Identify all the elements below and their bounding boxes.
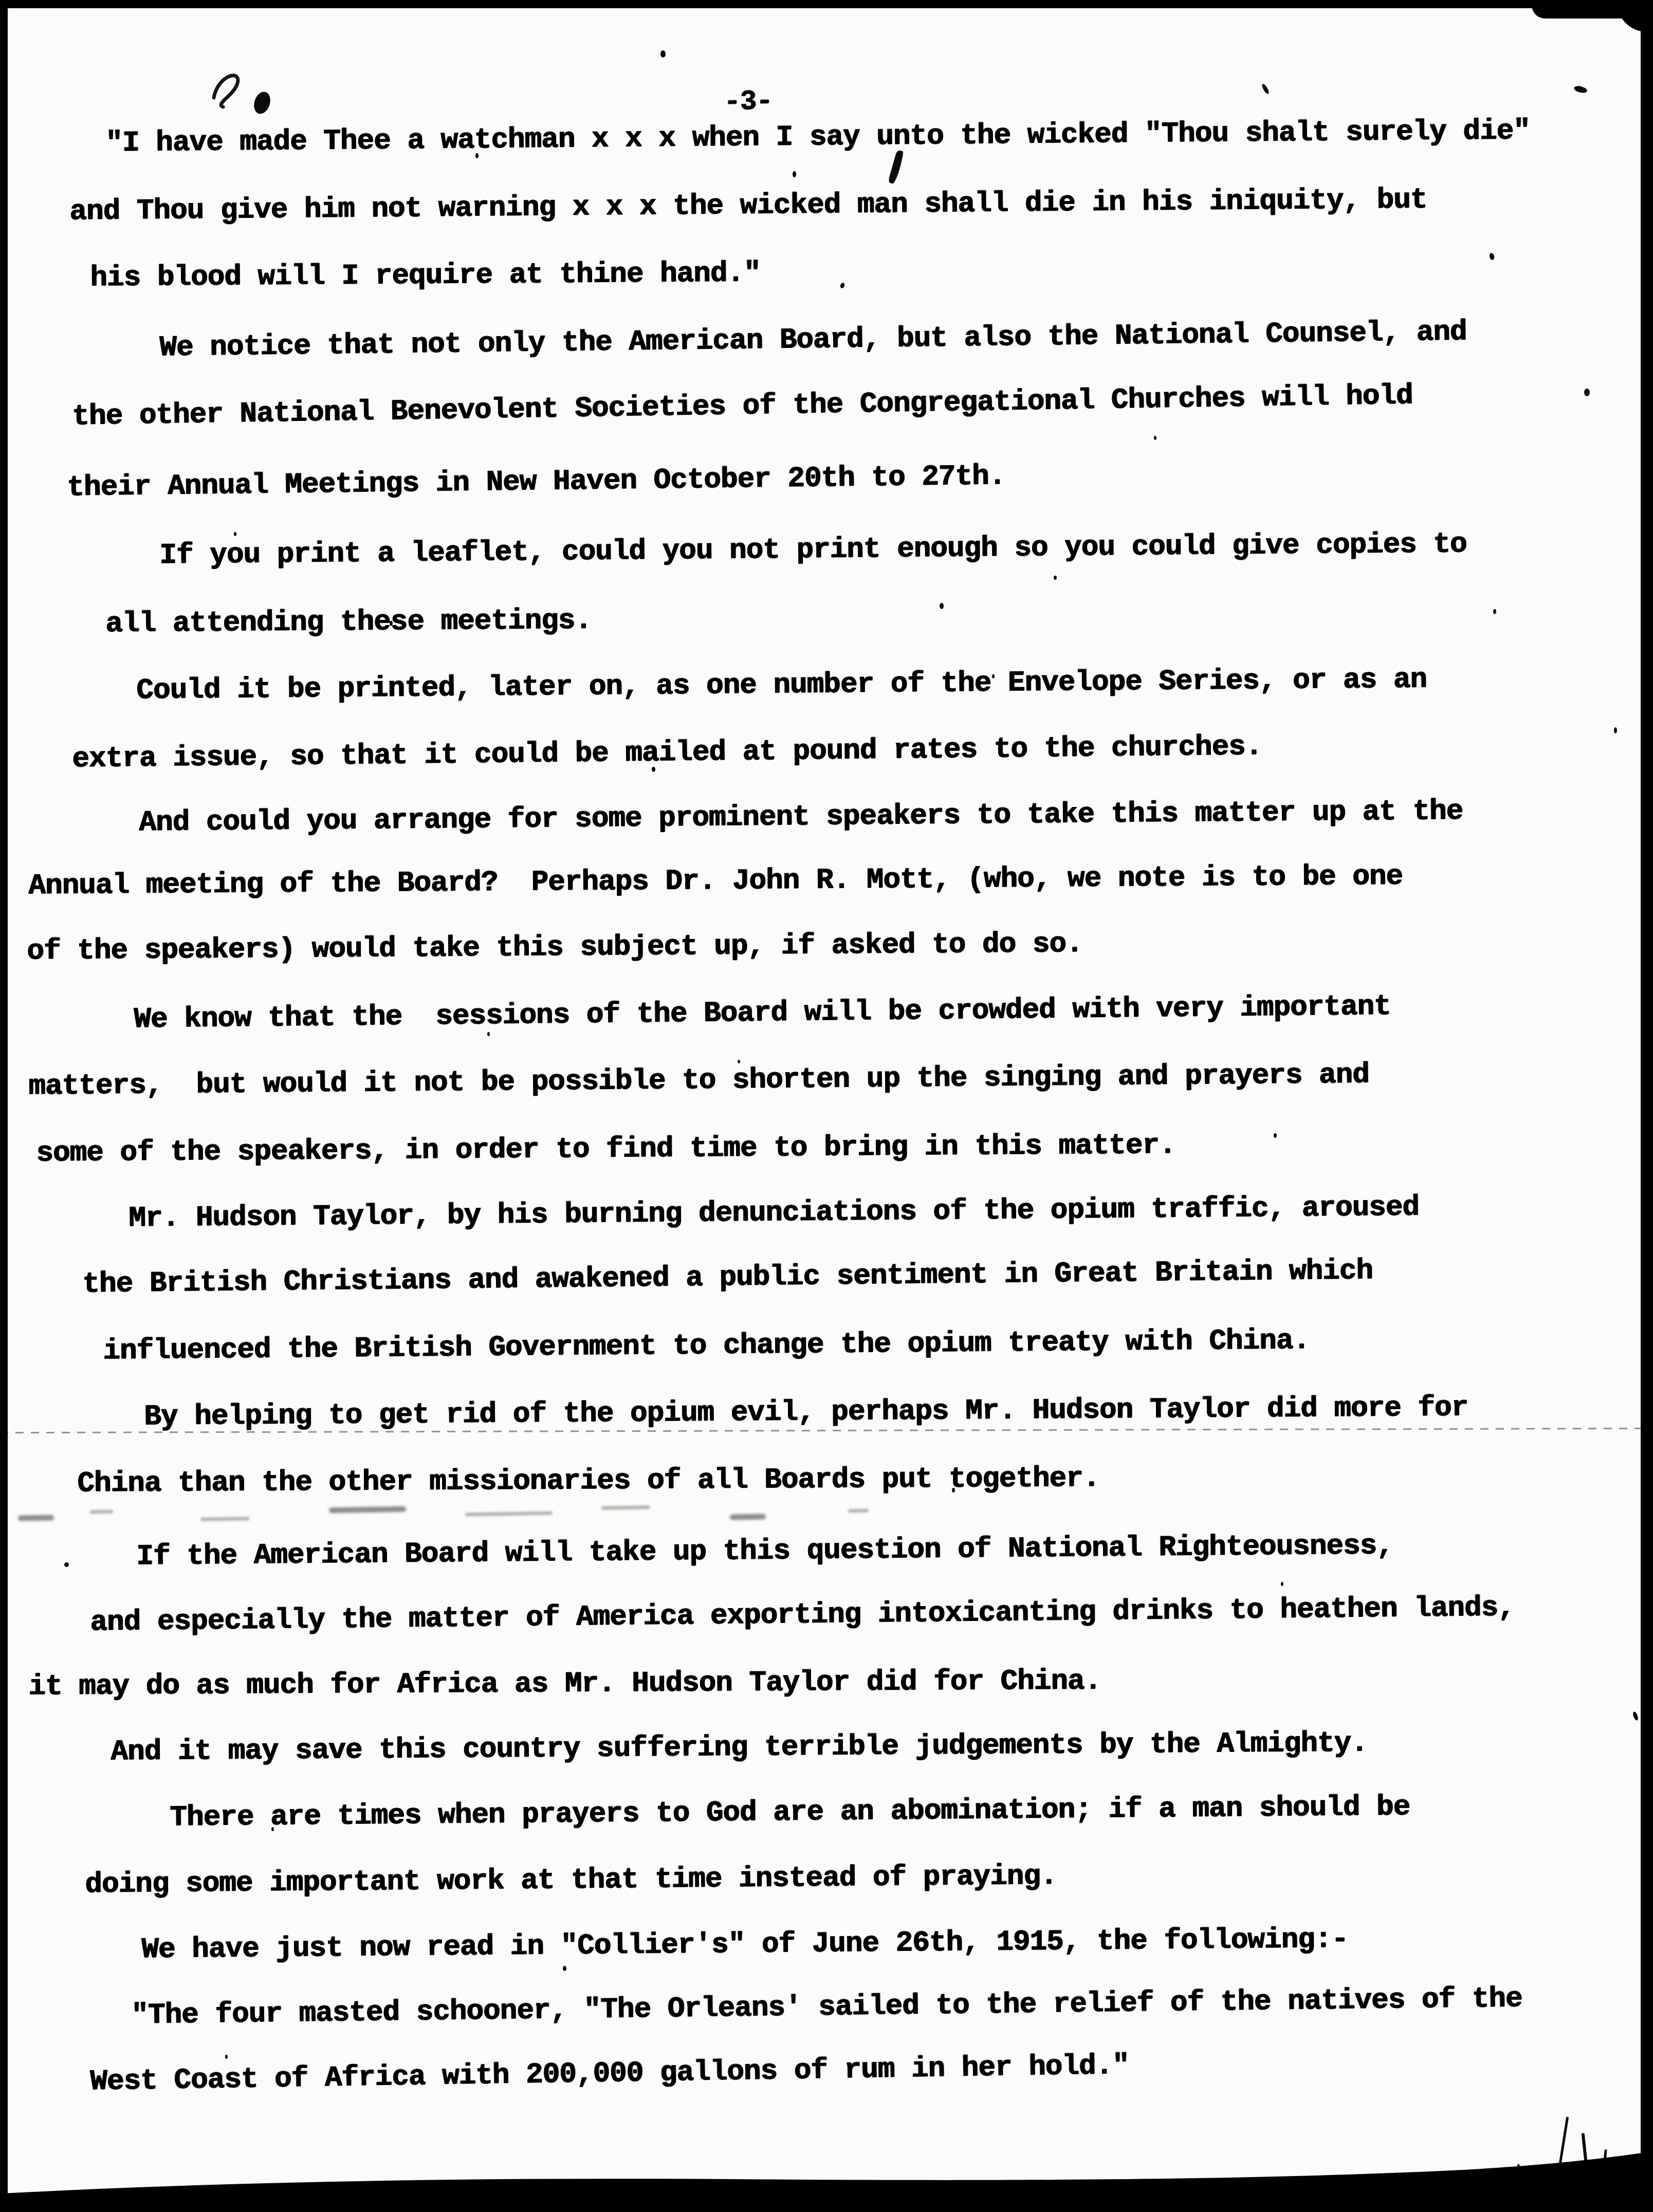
- ink-speck: [487, 1032, 490, 1036]
- ink-smear: [329, 1506, 406, 1514]
- ink-speck: [940, 603, 944, 609]
- ink-speck: [1573, 85, 1588, 94]
- ink-speck: [1281, 1582, 1283, 1586]
- document-line: And it may save this country suffering t…: [111, 1728, 1368, 1766]
- ink-speck: [1054, 576, 1057, 580]
- ink-speck: [563, 1966, 566, 1971]
- ink-speck: [64, 1562, 69, 1567]
- document-line: Mr. Hudson Taylor, by his burning denunc…: [128, 1192, 1419, 1232]
- ink-speck: [390, 621, 393, 626]
- document-line: If the American Board will take up this …: [136, 1531, 1393, 1571]
- document-line: the British Christians and awakened a pu…: [82, 1256, 1373, 1298]
- ink-smear: [848, 1509, 869, 1513]
- document-line: doing some important work at that time i…: [85, 1861, 1057, 1898]
- document-line: We know that the sessions of the Board w…: [134, 991, 1391, 1034]
- ink-smear: [465, 1511, 553, 1517]
- ink-speck: [1274, 1133, 1277, 1138]
- ink-speck: [234, 532, 236, 536]
- scan-edge-bottom: [0, 2145, 1653, 2212]
- scan-edge-left: [0, 0, 8, 2212]
- ink-smear: [730, 1514, 766, 1520]
- ink-speck: [839, 282, 845, 289]
- document-line: "The four masted schooner, "The Orleans'…: [131, 1984, 1522, 2030]
- document-line: extra issue, so that it could be mailed …: [72, 732, 1262, 773]
- document-line: their Annual Meetings in New Haven Octob…: [67, 462, 1005, 502]
- document-line: and Thou give him not warning x x x the …: [69, 185, 1427, 226]
- document-line: the other National Benevolent Societies …: [72, 381, 1413, 431]
- document-line: "I have made Thee a watchman x x x when …: [105, 116, 1530, 157]
- ink-speck: [952, 1488, 955, 1492]
- ink-speck: [279, 813, 282, 818]
- ink-scribble: [205, 66, 302, 122]
- ink-speck: [475, 153, 479, 158]
- document-line: China than the other missionaries of all…: [77, 1464, 1099, 1498]
- document-line: There are times when prayers to God are …: [170, 1792, 1410, 1832]
- document-line: of the speakers) would take this subject…: [27, 929, 1082, 965]
- ink-speck: [1614, 727, 1617, 733]
- ink-speck: [793, 171, 796, 177]
- document-line: Annual meeting of the Board? Perhaps Dr.…: [28, 861, 1403, 900]
- document-line: Could it be printed, later on, as one nu…: [136, 665, 1427, 705]
- document-line: We notice that not only the American Boa…: [159, 317, 1467, 362]
- document-line: it may do as much for Africa as Mr. Huds…: [28, 1666, 1101, 1701]
- ink-speck: [1493, 609, 1496, 614]
- ink-speck: [992, 674, 995, 678]
- document-line: his blood will I require at thine hand.": [90, 259, 761, 292]
- page-number: -3-: [723, 86, 772, 118]
- scan-edge-top: [0, 0, 1653, 8]
- ink-smear: [90, 1510, 113, 1514]
- ink-speck: [1584, 389, 1590, 396]
- document-line: If you print a leaflet, could you not pr…: [159, 529, 1467, 569]
- ink-smear: [601, 1505, 650, 1510]
- document-line: And could you arrange for some prominent…: [139, 797, 1463, 837]
- ink-speck: [660, 50, 666, 58]
- ink-speck: [271, 1827, 274, 1831]
- document-line: some of the speakers, in order to find t…: [36, 1131, 1176, 1167]
- document-line: matters, but would it not be possible to…: [28, 1060, 1369, 1100]
- ink-stroke: [888, 150, 905, 185]
- ink-smear: [200, 1517, 249, 1521]
- document-line: We have just now read in "Collier's" of …: [141, 1925, 1348, 1964]
- document-line: and especially the matter of America exp…: [90, 1593, 1515, 1636]
- ink-speck: [1154, 436, 1156, 440]
- document-line: influenced the British Government to cha…: [103, 1326, 1310, 1365]
- ink-speck: [581, 331, 587, 340]
- document-line: West Coast of Africa with 200,000 gallon…: [90, 2051, 1129, 2096]
- ink-speck: [652, 767, 655, 772]
- document-line: By helping to get rid of the opium evil,…: [144, 1393, 1468, 1431]
- ink-speck: [225, 2055, 228, 2059]
- document-line: all attending these meetings.: [105, 605, 592, 638]
- scan-edge-right: [1641, 4, 1653, 2212]
- ink-speck: [1632, 1711, 1639, 1721]
- ink-speck: [1261, 83, 1270, 95]
- ink-smear: [18, 1515, 54, 1521]
- ink-speck: [738, 1060, 740, 1063]
- ink-speck: [359, 1345, 361, 1350]
- ink-speck: [1489, 252, 1495, 261]
- scanned-page: "I have made Thee a watchman x x x when …: [0, 0, 1653, 2212]
